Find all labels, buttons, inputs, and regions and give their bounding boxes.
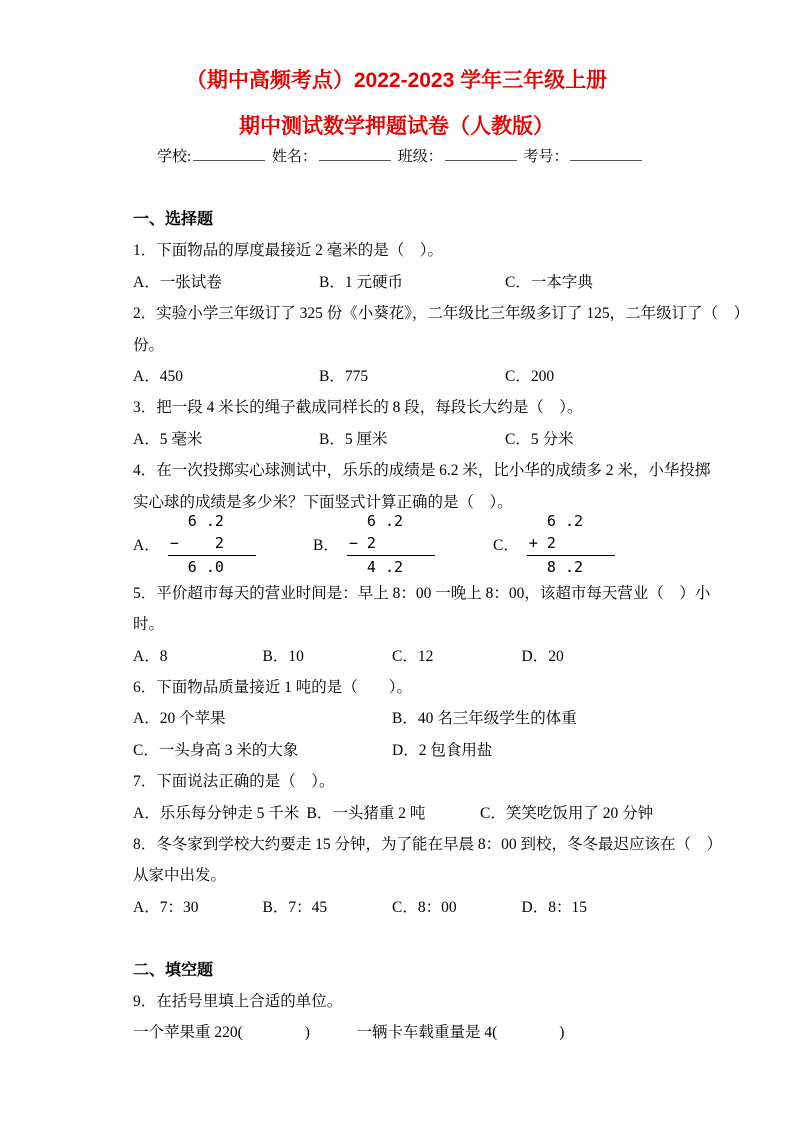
q4-calc-b: B． 6 .2 − 2 4 .2 <box>313 510 493 579</box>
name-label: 姓名： <box>272 149 317 165</box>
q7-stem: 7．下面说法正确的是（ ）。 <box>133 766 673 797</box>
calc-result-row: 4 .2 <box>347 556 435 579</box>
q2-stem-line2: 份。 <box>133 330 673 361</box>
q6-option-d: D．2 包食用盐 <box>392 735 492 766</box>
q4-calc-c: C． 6 .2 + 2 8 .2 <box>493 510 673 579</box>
title-line-2: 期中测试数学押题试卷（人教版） <box>0 104 793 150</box>
examno-field: 考号： <box>523 145 645 169</box>
q4-calc-b-body: 6 .2 − 2 4 .2 <box>347 510 435 579</box>
q9-stem: 9．在括号里填上合适的单位。 <box>133 986 673 1017</box>
q2-option-c: C．200 <box>505 361 554 392</box>
calc-top-number: 6 .2 <box>347 510 435 533</box>
calc-result-row: 8 .2 <box>527 556 615 579</box>
class-label: 班级： <box>398 149 443 165</box>
q8-options: A．7：30B．7：45C．8：00D．8：15 <box>133 892 673 923</box>
q8-option-b: B．7：45 <box>263 892 393 923</box>
q2-options: A．450B．775C．200 <box>133 361 673 392</box>
q7-option-c: C．笑笑吃饭用了 20 分钟 <box>480 798 653 829</box>
q6-option-a: A．20 个苹果 <box>133 703 392 734</box>
school-label: 学校: <box>157 149 191 165</box>
q3-stem: 3．把一段 4 米长的绳子截成同样长的 8 段，每段长大约是（ ）。 <box>133 392 673 423</box>
q2-stem-line1: 2．实验小学三年级订了 325 份《小葵花》，二年级比三年级多订了 125，二年… <box>133 298 673 329</box>
section-fill-heading: 二、填空题 <box>133 955 673 986</box>
exam-paper-page: （期中高频考点）2022-2023 学年三年级上册 期中测试数学押题试卷（人教版… <box>0 0 793 1122</box>
q4-calc-a: A． 6 .2 − 2 6 .0 <box>133 510 313 579</box>
q3-options: A．5 毫米B．5 厘米C．5 分米 <box>133 424 673 455</box>
q7-option-b: B．一头猪重 2 吨 <box>307 798 481 829</box>
calc-top-number: 6 .2 <box>527 510 615 533</box>
examno-label: 考号： <box>523 149 568 165</box>
page-title: （期中高频考点）2022-2023 学年三年级上册 期中测试数学押题试卷（人教版… <box>0 58 793 150</box>
section-spacer <box>133 923 673 954</box>
q6-options-row1: A．20 个苹果B．40 名三年级学生的体重 <box>133 703 673 734</box>
calc-result-row: 6 .0 <box>168 556 256 579</box>
q8-option-d: D．8：15 <box>522 892 587 923</box>
q1-stem: 1．下面物品的厚度最接近 2 毫米的是（ ）。 <box>133 235 673 266</box>
calc-operator-row: − 2 <box>347 532 435 556</box>
student-info-row: 学校: 姓名： 班级： 考号： <box>157 145 645 169</box>
q5-stem-line2: 时。 <box>133 609 673 640</box>
q4-calc-a-label: A． <box>133 533 160 555</box>
q5-stem-line1: 5．平价超市每天的营业时间是：早上 8：00 一晚上 8：00，该超市每天营业（… <box>133 578 673 609</box>
q8-option-c: C．8：00 <box>392 892 522 923</box>
q6-stem: 6．下面物品质量接近 1 吨的是（ ）。 <box>133 672 673 703</box>
q4-stem-line1: 4．在一次投掷实心球测试中，乐乐的成绩是 6.2 米，比小华的成绩多 2 米，小… <box>133 455 673 486</box>
q3-option-c: C．5 分米 <box>505 424 573 455</box>
q5-option-a: A．8 <box>133 641 263 672</box>
q1-option-a: A．一张试卷 <box>133 267 319 298</box>
q1-option-c: C．一本字典 <box>505 267 593 298</box>
class-blank[interactable] <box>445 146 517 161</box>
q4-calc-c-body: 6 .2 + 2 8 .2 <box>527 510 615 579</box>
q4-calc-b-label: B． <box>313 533 339 555</box>
name-field: 姓名： <box>272 145 394 169</box>
q9-unit-blanks[interactable]: 一个苹果重 220( ) 一辆卡车载重量是 4( ) <box>133 1017 673 1048</box>
q1-option-b: B．1 元硬币 <box>319 267 505 298</box>
q7-options: A．乐乐每分钟走 5 千米B．一头猪重 2 吨C．笑笑吃饭用了 20 分钟 <box>133 798 673 829</box>
q8-option-a: A．7：30 <box>133 892 263 923</box>
q2-option-a: A．450 <box>133 361 319 392</box>
q5-option-b: B．10 <box>263 641 393 672</box>
q3-option-b: B．5 厘米 <box>319 424 505 455</box>
calc-operator-row: − 2 <box>168 532 256 556</box>
q6-option-b: B．40 名三年级学生的体重 <box>392 703 577 734</box>
school-blank[interactable] <box>193 146 265 161</box>
q6-options-row2: C．一头身高 3 米的大象D．2 包食用盐 <box>133 735 673 766</box>
class-field: 班级： <box>398 145 520 169</box>
paper-body: 一、选择题 1．下面物品的厚度最接近 2 毫米的是（ ）。 A．一张试卷B．1 … <box>133 204 673 1049</box>
q5-option-c: C．12 <box>392 641 522 672</box>
section-choice-heading: 一、选择题 <box>133 204 673 235</box>
q6-option-c: C．一头身高 3 米的大象 <box>133 735 392 766</box>
q8-stem-line1: 8．冬冬家到学校大约要走 15 分钟，为了能在早晨 8：00 到校，冬冬最迟应该… <box>133 829 673 860</box>
calc-top-number: 6 .2 <box>168 510 256 533</box>
q2-option-b: B．775 <box>319 361 505 392</box>
school-field: 学校: <box>157 145 268 169</box>
q1-options: A．一张试卷B．1 元硬币C．一本字典 <box>133 267 673 298</box>
q5-option-d: D．20 <box>522 641 564 672</box>
q3-option-a: A．5 毫米 <box>133 424 319 455</box>
q4-vertical-calculations: A． 6 .2 − 2 6 .0 B． 6 .2 − 2 4 .2 C． <box>133 510 673 578</box>
q4-calc-a-body: 6 .2 − 2 6 .0 <box>168 510 256 579</box>
title-line-1: （期中高频考点）2022-2023 学年三年级上册 <box>0 58 793 104</box>
q4-calc-c-label: C． <box>493 533 519 555</box>
q8-stem-line2: 从家中出发。 <box>133 860 673 891</box>
q7-option-a: A．乐乐每分钟走 5 千米 <box>133 798 307 829</box>
examno-blank[interactable] <box>570 146 642 161</box>
name-blank[interactable] <box>319 146 391 161</box>
q5-options: A．8B．10C．12D．20 <box>133 641 673 672</box>
calc-operator-row: + 2 <box>527 532 615 556</box>
